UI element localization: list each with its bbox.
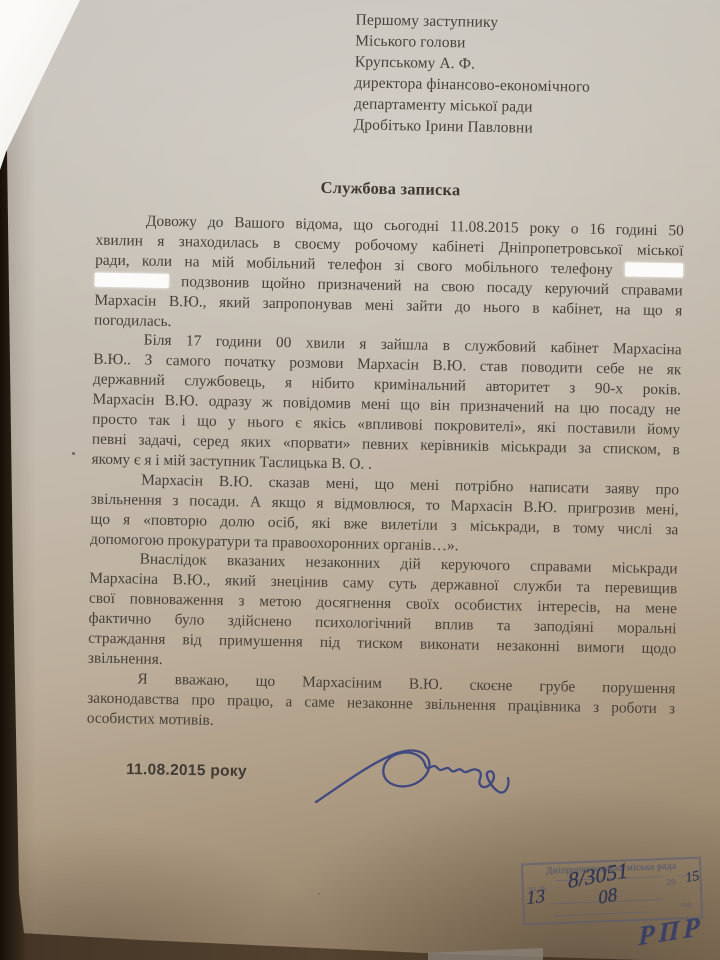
stamp-year-handwritten: 15 bbox=[684, 869, 701, 887]
memo-title: Службова записка bbox=[96, 174, 684, 205]
signature bbox=[302, 722, 558, 830]
stamp-year-prefix: 20 bbox=[666, 877, 675, 887]
addressee-block: Першому заступникуМіського головиКрупськ… bbox=[354, 9, 592, 139]
photo-surface: Першому заступникуМіського головиКрупськ… bbox=[0, 0, 720, 960]
memo-body: Довожу до Вашого відома, що сьогодні 11.… bbox=[87, 211, 684, 739]
addressee-line: Дробітько Ірини Павловни bbox=[354, 114, 590, 139]
redaction-box bbox=[625, 262, 683, 277]
paper-speck bbox=[318, 893, 320, 895]
paper-speck bbox=[72, 452, 75, 455]
stamp-month-handwritten: 08 bbox=[597, 884, 618, 910]
stamp-day-handwritten: 13 bbox=[526, 886, 546, 910]
redaction-box bbox=[95, 272, 169, 287]
date-line: 11.08.2015 року bbox=[126, 761, 247, 781]
stamp-time-label: год. bbox=[681, 900, 693, 908]
stamp-line bbox=[555, 912, 647, 917]
